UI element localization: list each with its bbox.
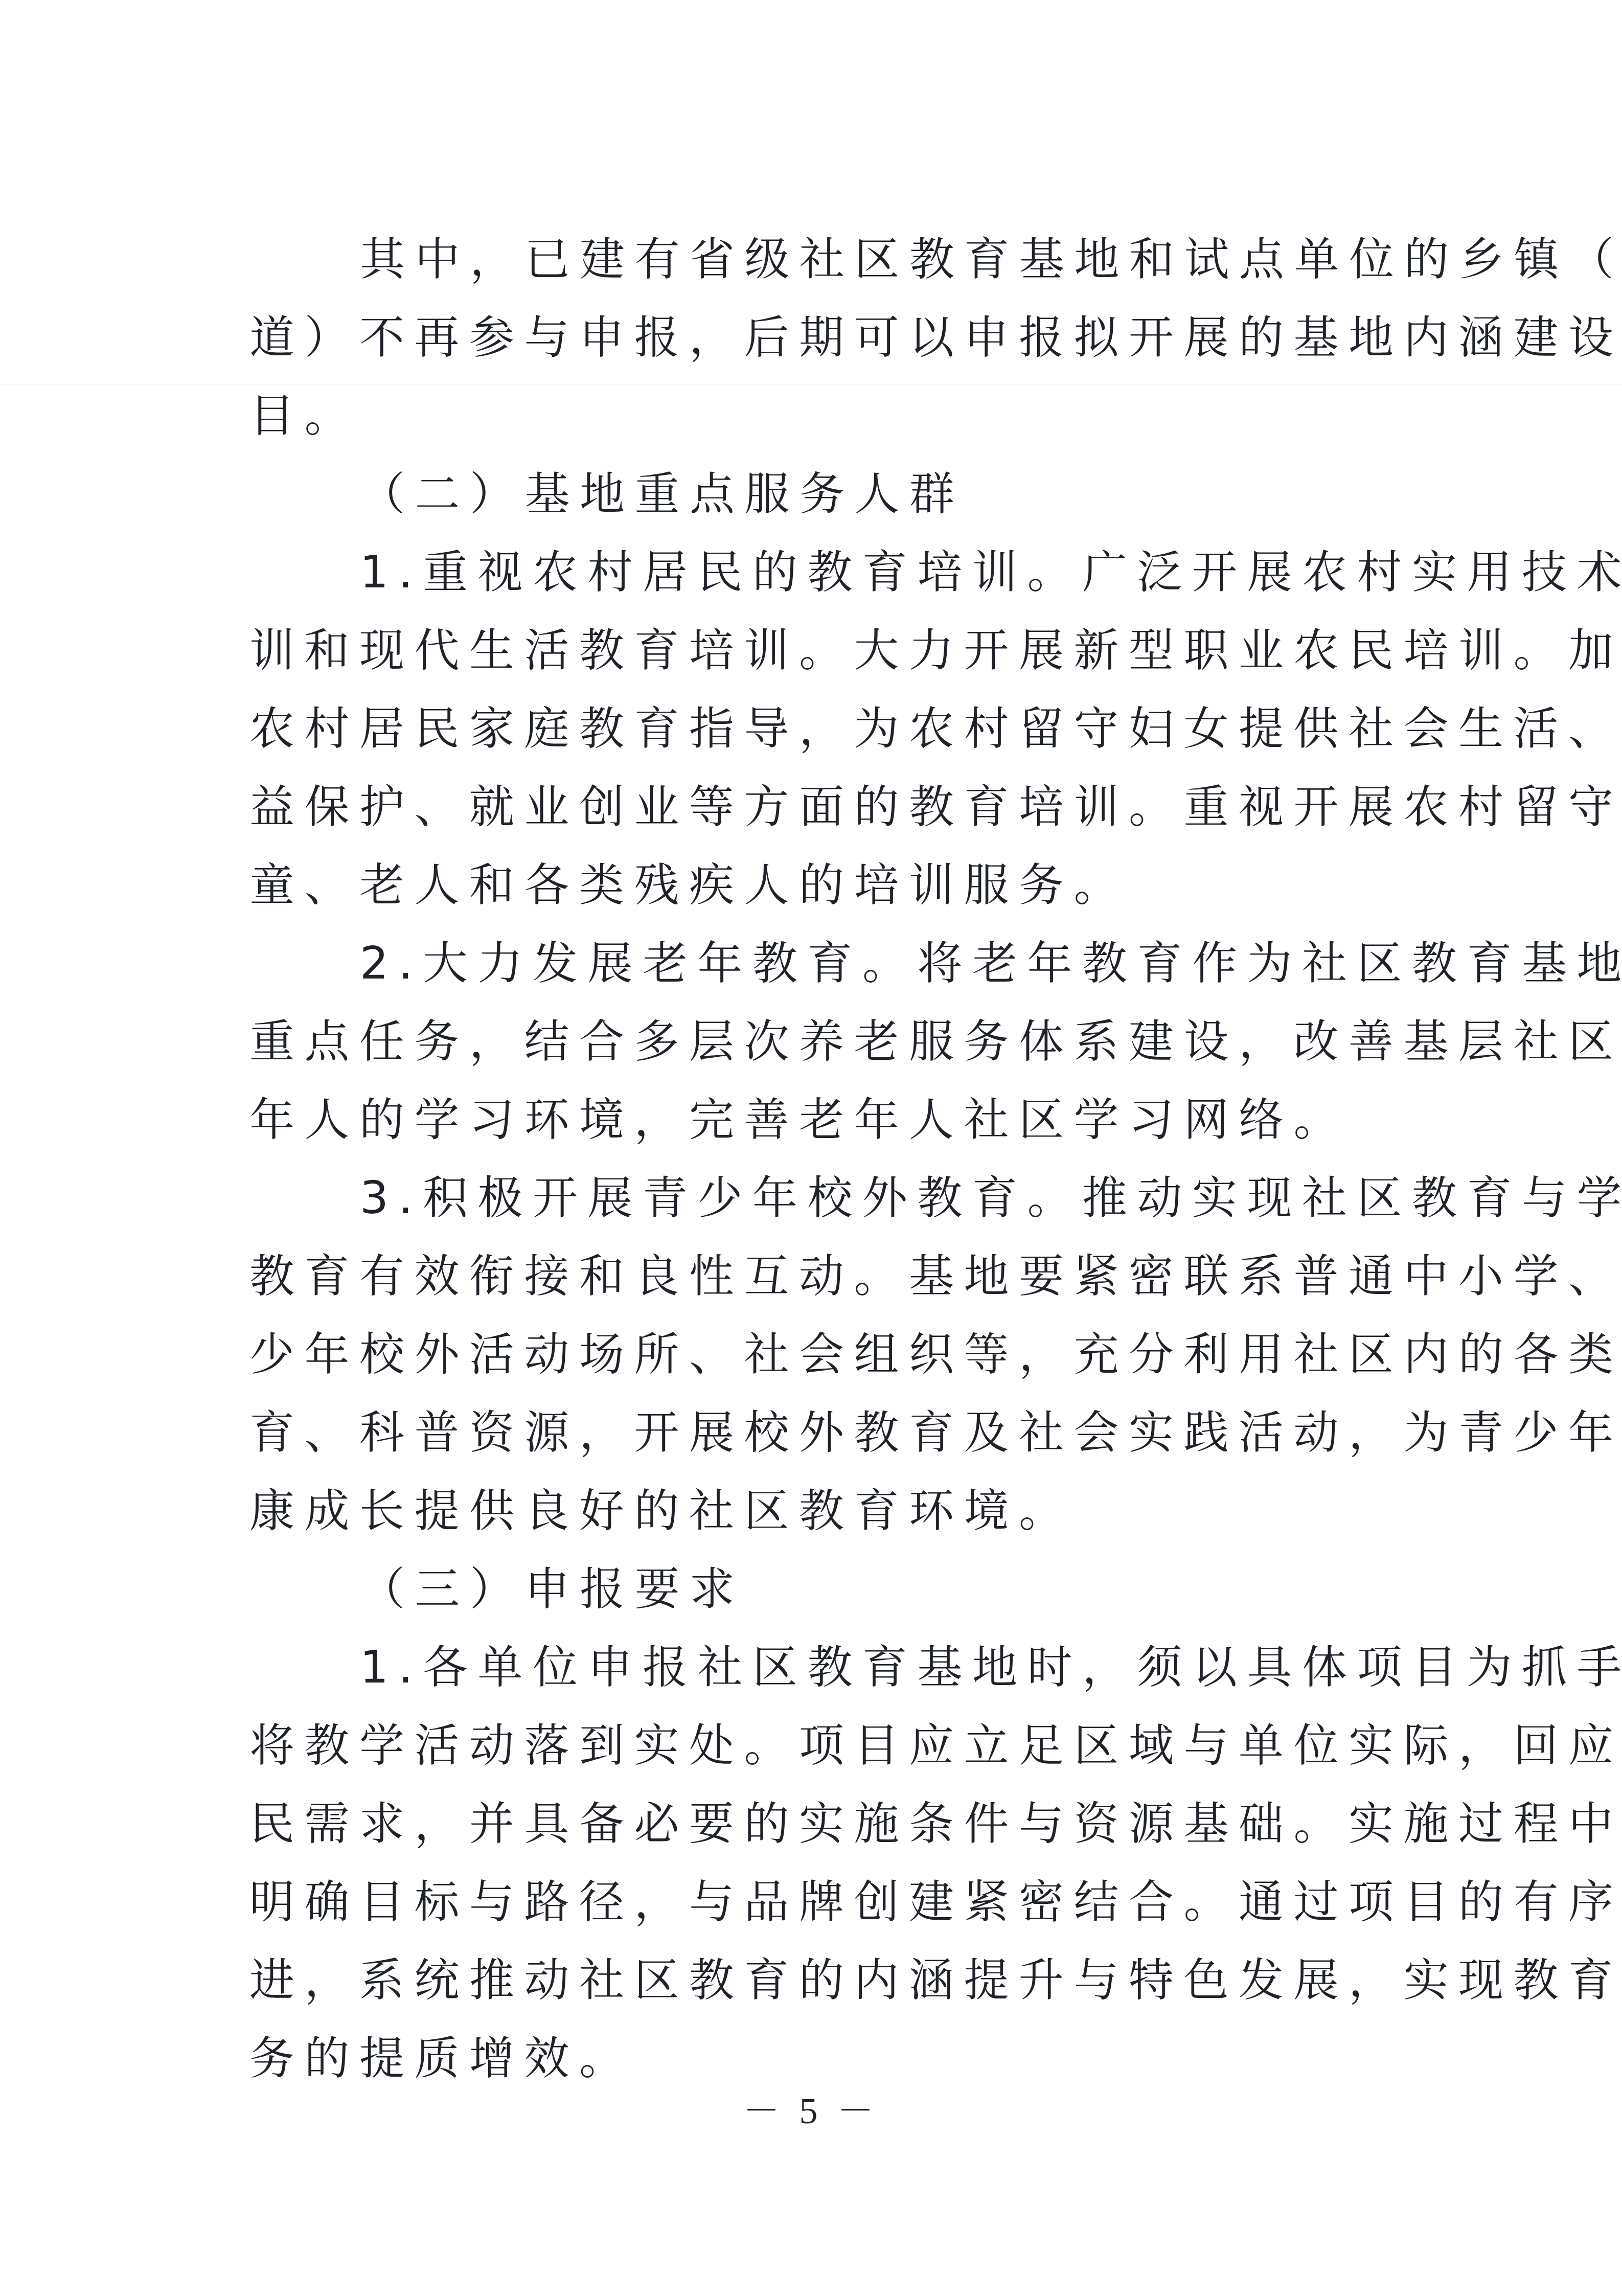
paragraph-line: 其中，已建有省级社区教育基地和试点单位的乡镇（街 [249,220,1364,298]
paragraph-line: 教育有效衔接和良性互动。基地要紧密联系普通中小学、青 [249,1237,1364,1315]
paragraph-line: 年人的学习环境，完善老年人社区学习网络。 [249,1080,1364,1158]
paragraph-line: 康成长提供良好的社区教育环境。 [249,1471,1364,1550]
paragraph-line: 重点任务，结合多层次养老服务体系建设，改善基层社区老 [249,1002,1364,1080]
paragraph-line: 育、科普资源，开展校外教育及社会实践活动，为青少年健 [249,1393,1364,1471]
section-heading-service-groups: （二）基地重点服务人群 [249,454,1364,533]
document-page: 其中，已建有省级社区教育基地和试点单位的乡镇（街 道）不再参与申报，后期可以申报… [0,0,1622,2296]
paragraph-line: 益保护、就业创业等方面的教育培训。重视开展农村留守儿 [249,767,1364,846]
paragraph-line: 将教学活动落到实处。项目应立足区域与单位实际，回应居 [249,1706,1364,1784]
paragraph-line: 童、老人和各类残疾人的培训服务。 [249,846,1364,924]
document-body: 其中，已建有省级社区教育基地和试点单位的乡镇（街 道）不再参与申报，后期可以申报… [249,220,1364,2097]
paragraph-line: 3.积极开展青少年校外教育。推动实现社区教育与学校 [249,1158,1364,1237]
paragraph-line: 农村居民家庭教育指导，为农村留守妇女提供社会生活、权 [249,689,1364,767]
paragraph-line: 少年校外活动场所、社会组织等，充分利用社区内的各类教 [249,1315,1364,1393]
section-heading-application-requirements: （三）申报要求 [249,1550,1364,1628]
paragraph-line: 1.各单位申报社区教育基地时，须以具体项目为抓手， [249,1628,1364,1706]
paragraph-line: 进，系统推动社区教育的内涵提升与特色发展，实现教育服 [249,1941,1364,2019]
paragraph-line: 训和现代生活教育培训。大力开展新型职业农民培训。加强 [249,611,1364,689]
paragraph-line: 2.大力发展老年教育。将老年教育作为社区教育基地的 [249,924,1364,1002]
paragraph-line: 明确目标与路径，与品牌创建紧密结合。通过项目的有序推 [249,1862,1364,1941]
paragraph-line: 民需求，并具备必要的实施条件与资源基础。实施过程中需 [249,1784,1364,1862]
page-number: － 5 － [0,2081,1622,2134]
paragraph-line: 道）不再参与申报，后期可以申报拟开展的基地内涵建设项 [249,298,1364,376]
paragraph-line: 1.重视农村居民的教育培训。广泛开展农村实用技术培 [249,533,1364,611]
paragraph-line: 目。 [249,376,1364,454]
